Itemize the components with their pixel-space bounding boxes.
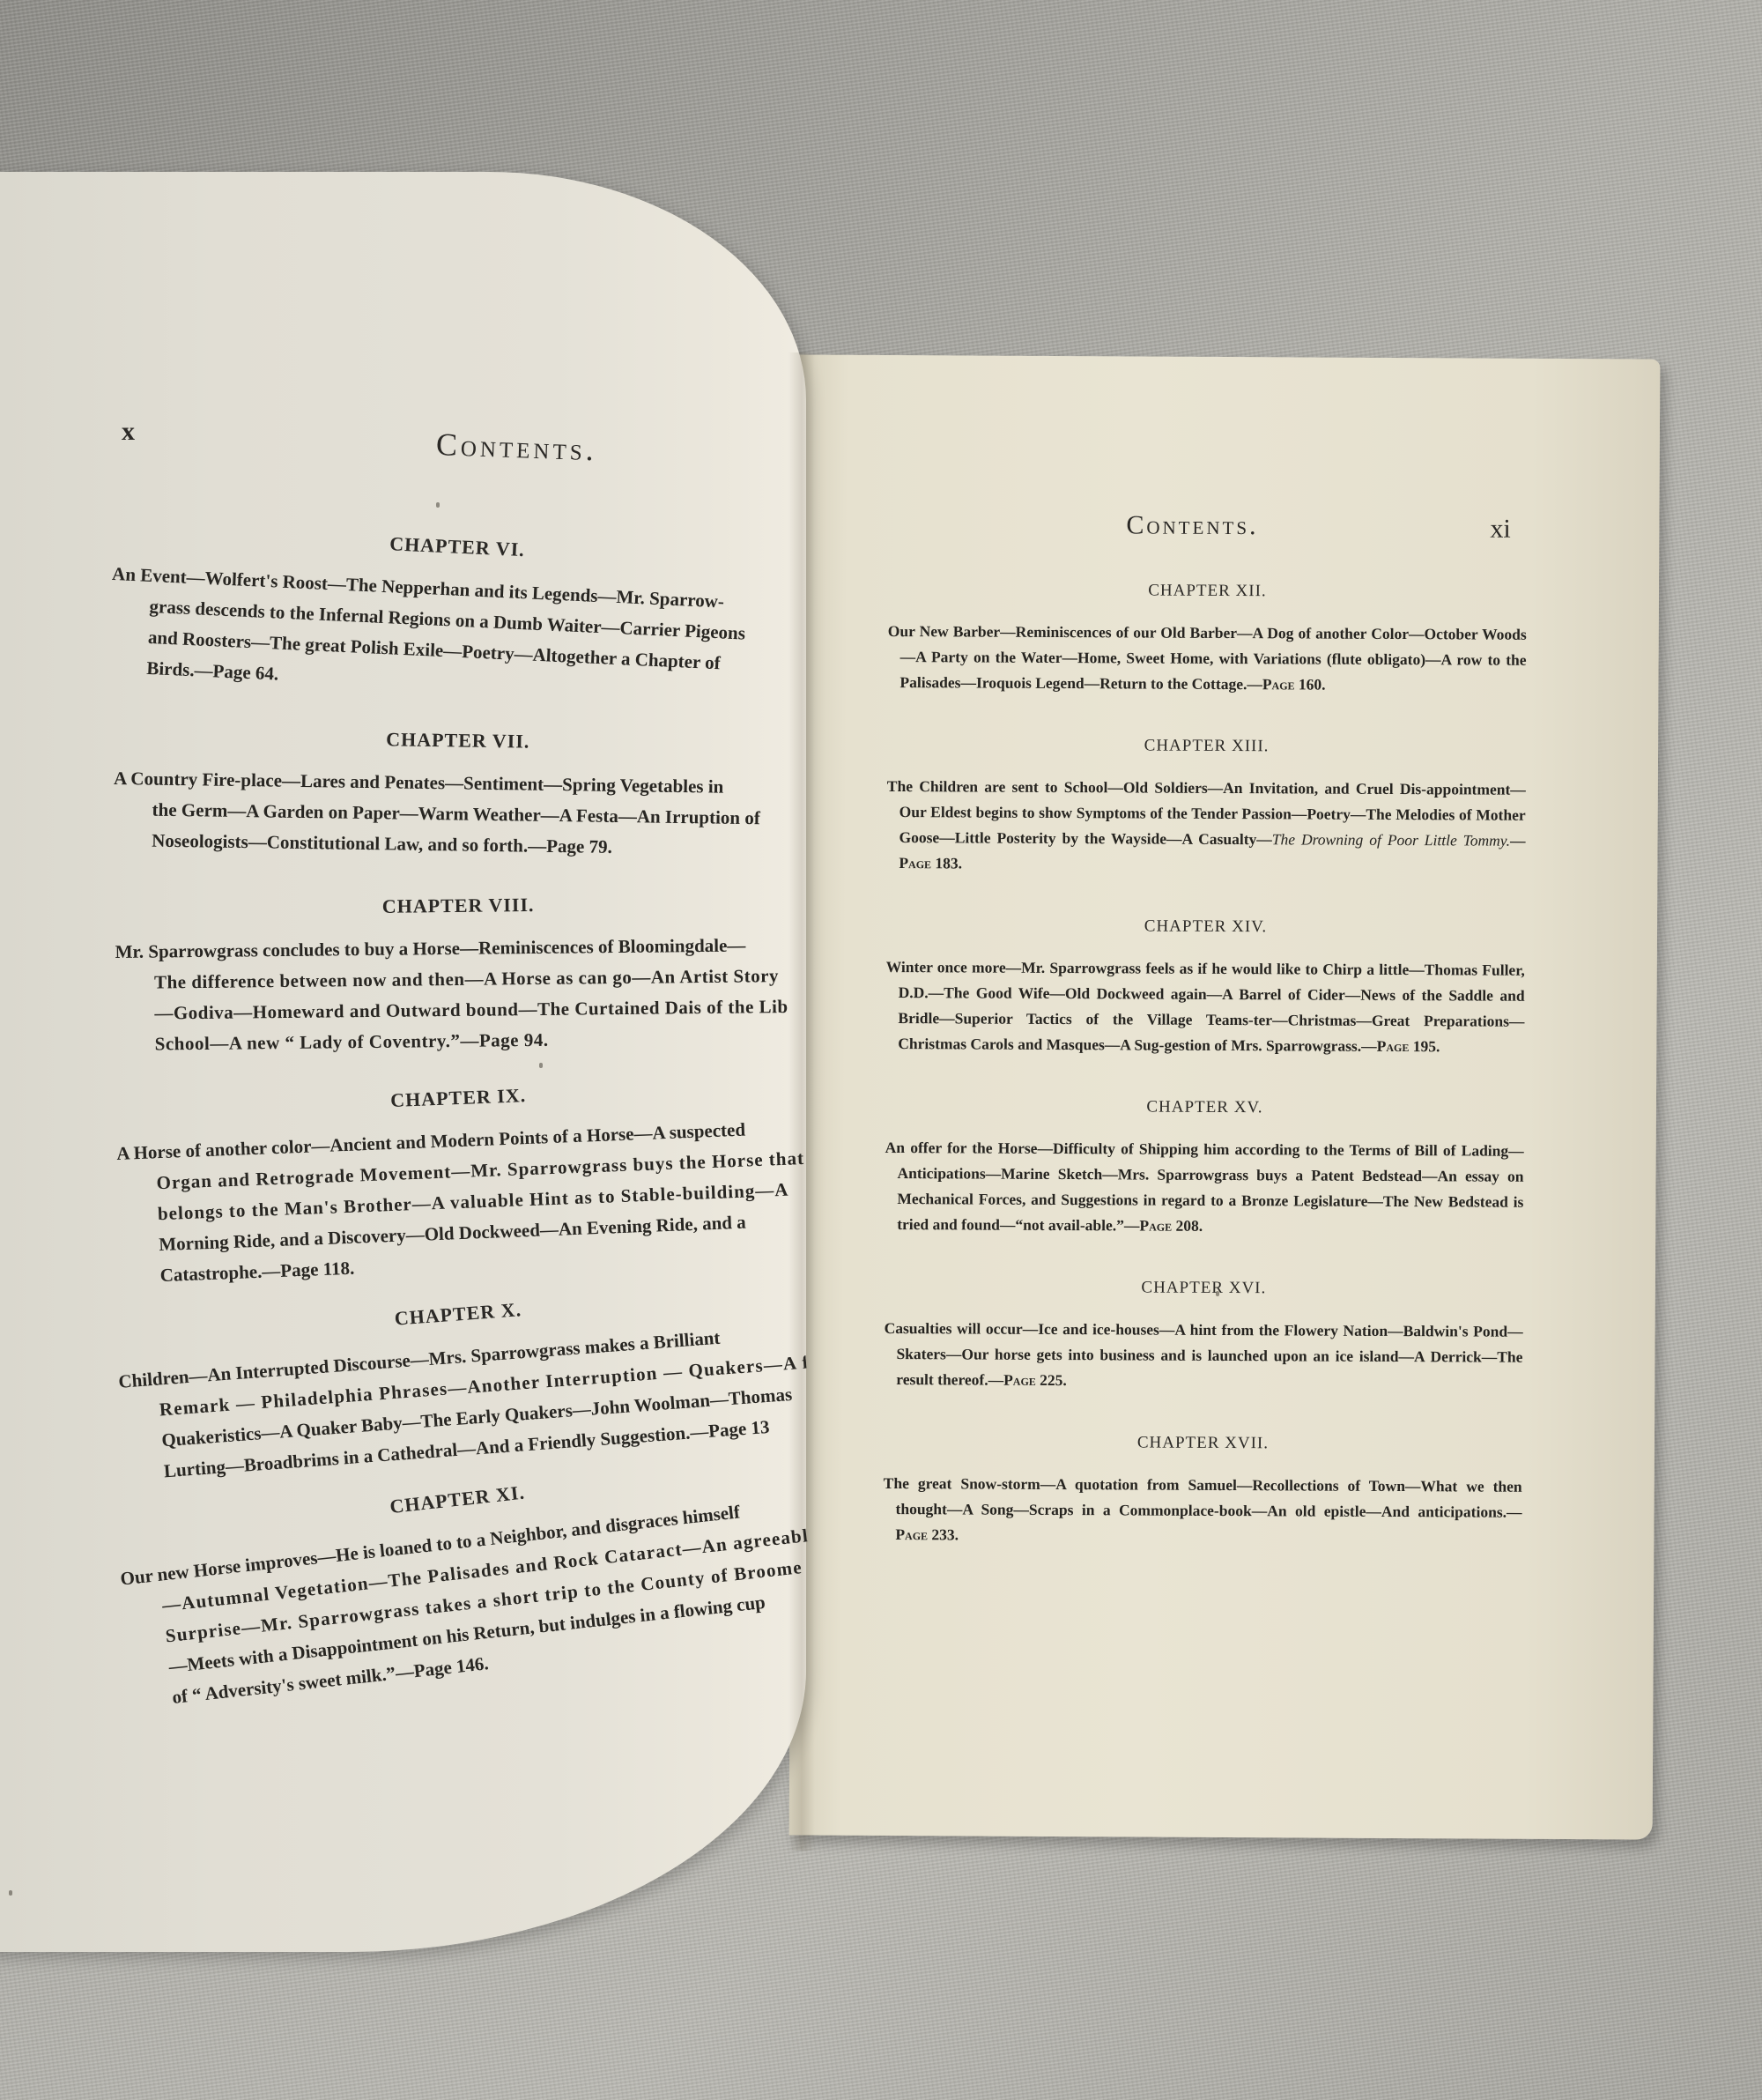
chapter-heading: CHAPTER XVII.	[884, 1432, 1522, 1455]
page-reference: Page 195.	[1377, 1037, 1440, 1055]
chapter-summary: A Horse of another color—Ancient and Mod…	[116, 1112, 809, 1293]
right-page-number: xi	[1490, 515, 1511, 545]
left-table-of-contents: CHAPTER VI. An Event—Wolfert's Roost—The…	[115, 520, 802, 1718]
toc-entry-chapter-9: CHAPTER IX. A Horse of another color—Anc…	[115, 1073, 809, 1293]
toc-entry-chapter-15: CHAPTER XV. An offer for the Horse—Diffi…	[885, 1096, 1524, 1241]
chapter-summary: The great Snow-storm—A quotation from Sa…	[883, 1471, 1521, 1551]
toc-entry-chapter-14: CHAPTER XIV. Winter once more—Mr. Sparro…	[885, 916, 1525, 1060]
chapter-summary: A Country Fire-place—Lares and Penates—S…	[113, 763, 801, 865]
right-running-head: Contents. xi	[796, 508, 1659, 548]
chapter-heading: CHAPTER XII.	[888, 580, 1527, 603]
toc-entry-chapter-16: CHAPTER XVI. Casualties will occur—Ice a…	[884, 1277, 1523, 1396]
toc-entry-chapter-7: CHAPTER VII. A Country Fire-place—Lares …	[113, 724, 802, 865]
page-reference: Page 160.	[1262, 675, 1326, 693]
chapter-heading: CHAPTER XVI.	[885, 1277, 1523, 1300]
italic-title: The Drowning of Poor Little Tommy.	[1272, 830, 1510, 849]
page-reference: Page 208.	[1139, 1216, 1203, 1234]
chapter-summary: The Children are sent to School—Old Sold…	[886, 774, 1526, 879]
paper-speck	[1216, 1291, 1219, 1296]
right-table-of-contents: CHAPTER XII. Our New Barber—Reminiscence…	[883, 580, 1527, 1591]
left-page-number: x	[122, 417, 135, 447]
chapter-summary: Our New Barber—Reminiscences of our Old …	[887, 619, 1526, 699]
paper-speck	[9, 1890, 12, 1896]
right-page-title: Contents.	[1126, 510, 1258, 541]
toc-entry-chapter-12: CHAPTER XII. Our New Barber—Reminiscence…	[887, 580, 1527, 699]
toc-entry-chapter-17: CHAPTER XVII. The great Snow-storm—A quo…	[883, 1432, 1522, 1551]
chapter-heading: CHAPTER XV.	[885, 1096, 1524, 1119]
chapter-heading: CHAPTER VIII.	[115, 891, 802, 921]
chapter-heading: CHAPTER XIII.	[887, 735, 1526, 758]
chapter-heading: CHAPTER VII.	[115, 724, 802, 757]
page-reference: Page 225.	[1003, 1371, 1067, 1389]
toc-entry-chapter-8: CHAPTER VIII. Mr. Sparrowgrass concludes…	[115, 891, 803, 1060]
toc-entry-chapter-13: CHAPTER XIII. The Children are sent to S…	[886, 735, 1526, 879]
summary-line: School—A new “ Lady of Coventry.”—Page 9…	[136, 1022, 803, 1060]
chapter-summary: Casualties will occur—Ice and ice-houses…	[884, 1316, 1522, 1396]
chapter-summary: An Event—Wolfert's Roost—The Nepperhan a…	[107, 559, 800, 713]
page-reference: Page 233.	[895, 1525, 959, 1543]
left-page-title: Contents.	[435, 426, 597, 468]
toc-entry-chapter-11: CHAPTER XI. Our new Horse improves—He is…	[115, 1451, 818, 1718]
chapter-summary: Mr. Sparrowgrass concludes to buy a Hors…	[115, 930, 803, 1060]
paper-speck	[436, 502, 440, 508]
chapter-summary: An offer for the Horse—Difficulty of Shi…	[885, 1135, 1524, 1241]
toc-entry-chapter-6: CHAPTER VI. An Event—Wolfert's Roost—The…	[107, 520, 802, 713]
toc-entry-chapter-10: CHAPTER X. Children—An Interrupted Disco…	[115, 1278, 811, 1490]
chapter-heading: CHAPTER XIV.	[886, 916, 1525, 939]
paper-speck	[539, 1063, 543, 1068]
right-page: Contents. xi CHAPTER XII. Our New Barber…	[789, 354, 1661, 1839]
chapter-summary: Winter once more—Mr. Sparrowgrass feels …	[885, 954, 1525, 1060]
